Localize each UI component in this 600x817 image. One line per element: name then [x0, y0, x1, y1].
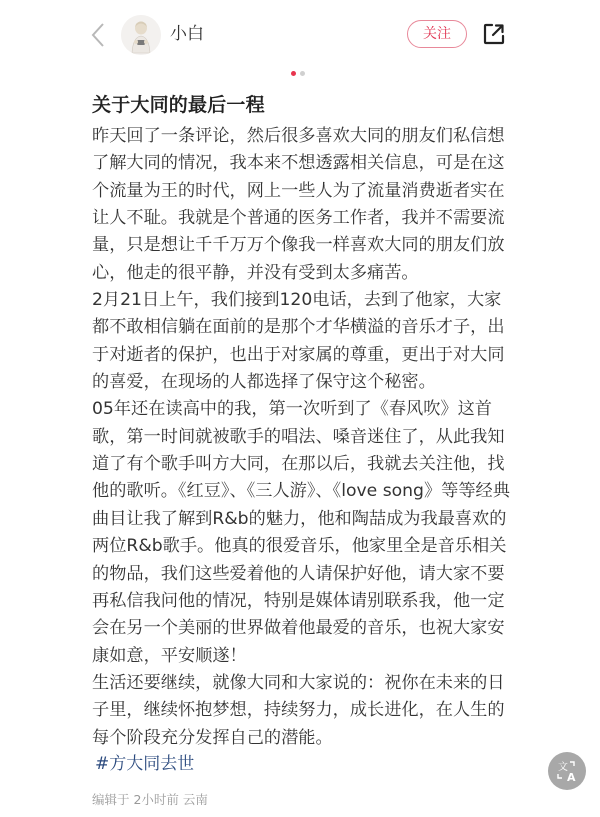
carousel-indicator	[291, 71, 305, 77]
avatar-illustration-icon	[121, 15, 161, 55]
chevron-left-icon	[88, 22, 110, 48]
avatar[interactable]	[121, 15, 161, 55]
share-button[interactable]	[482, 22, 506, 46]
post-paragraph: 2月21日上午，我们接到120电话，去到了他家，大家都不敢相信躺在面前的是那个才…	[92, 287, 512, 396]
top-bar: 小白 关注	[0, 0, 600, 70]
translate-button[interactable]: 文 A	[548, 752, 586, 790]
post-paragraph: 05年还在读高中的我，第一次听到了《春风吹》这首歌，第一时间就被歌手的唱法、嗓音…	[92, 396, 512, 669]
share-external-icon	[482, 22, 506, 46]
post-meta: 编辑于 2小时前 云南	[92, 791, 208, 809]
post-body: 昨天回了一条评论，然后很多喜欢大同的朋友们私信想了解大同的情况，我本来不想透露相…	[92, 123, 512, 752]
svg-text:A: A	[567, 771, 576, 784]
back-button[interactable]	[88, 22, 110, 48]
username[interactable]: 小白	[170, 23, 204, 45]
carousel-dot-active[interactable]	[291, 71, 296, 76]
post-title: 关于大同的最后一程	[92, 92, 265, 118]
follow-button[interactable]: 关注	[407, 20, 467, 48]
translate-icon: 文 A	[548, 752, 586, 790]
post-paragraph: 生活还要继续，就像大同和大家说的：祝你在未来的日子里，继续怀抱梦想，持续努力，成…	[92, 670, 512, 752]
carousel-dot[interactable]	[300, 71, 305, 76]
hashtag-link[interactable]: #方大同去世	[95, 752, 194, 776]
post-paragraph: 昨天回了一条评论，然后很多喜欢大同的朋友们私信想了解大同的情况，我本来不想透露相…	[92, 123, 512, 287]
